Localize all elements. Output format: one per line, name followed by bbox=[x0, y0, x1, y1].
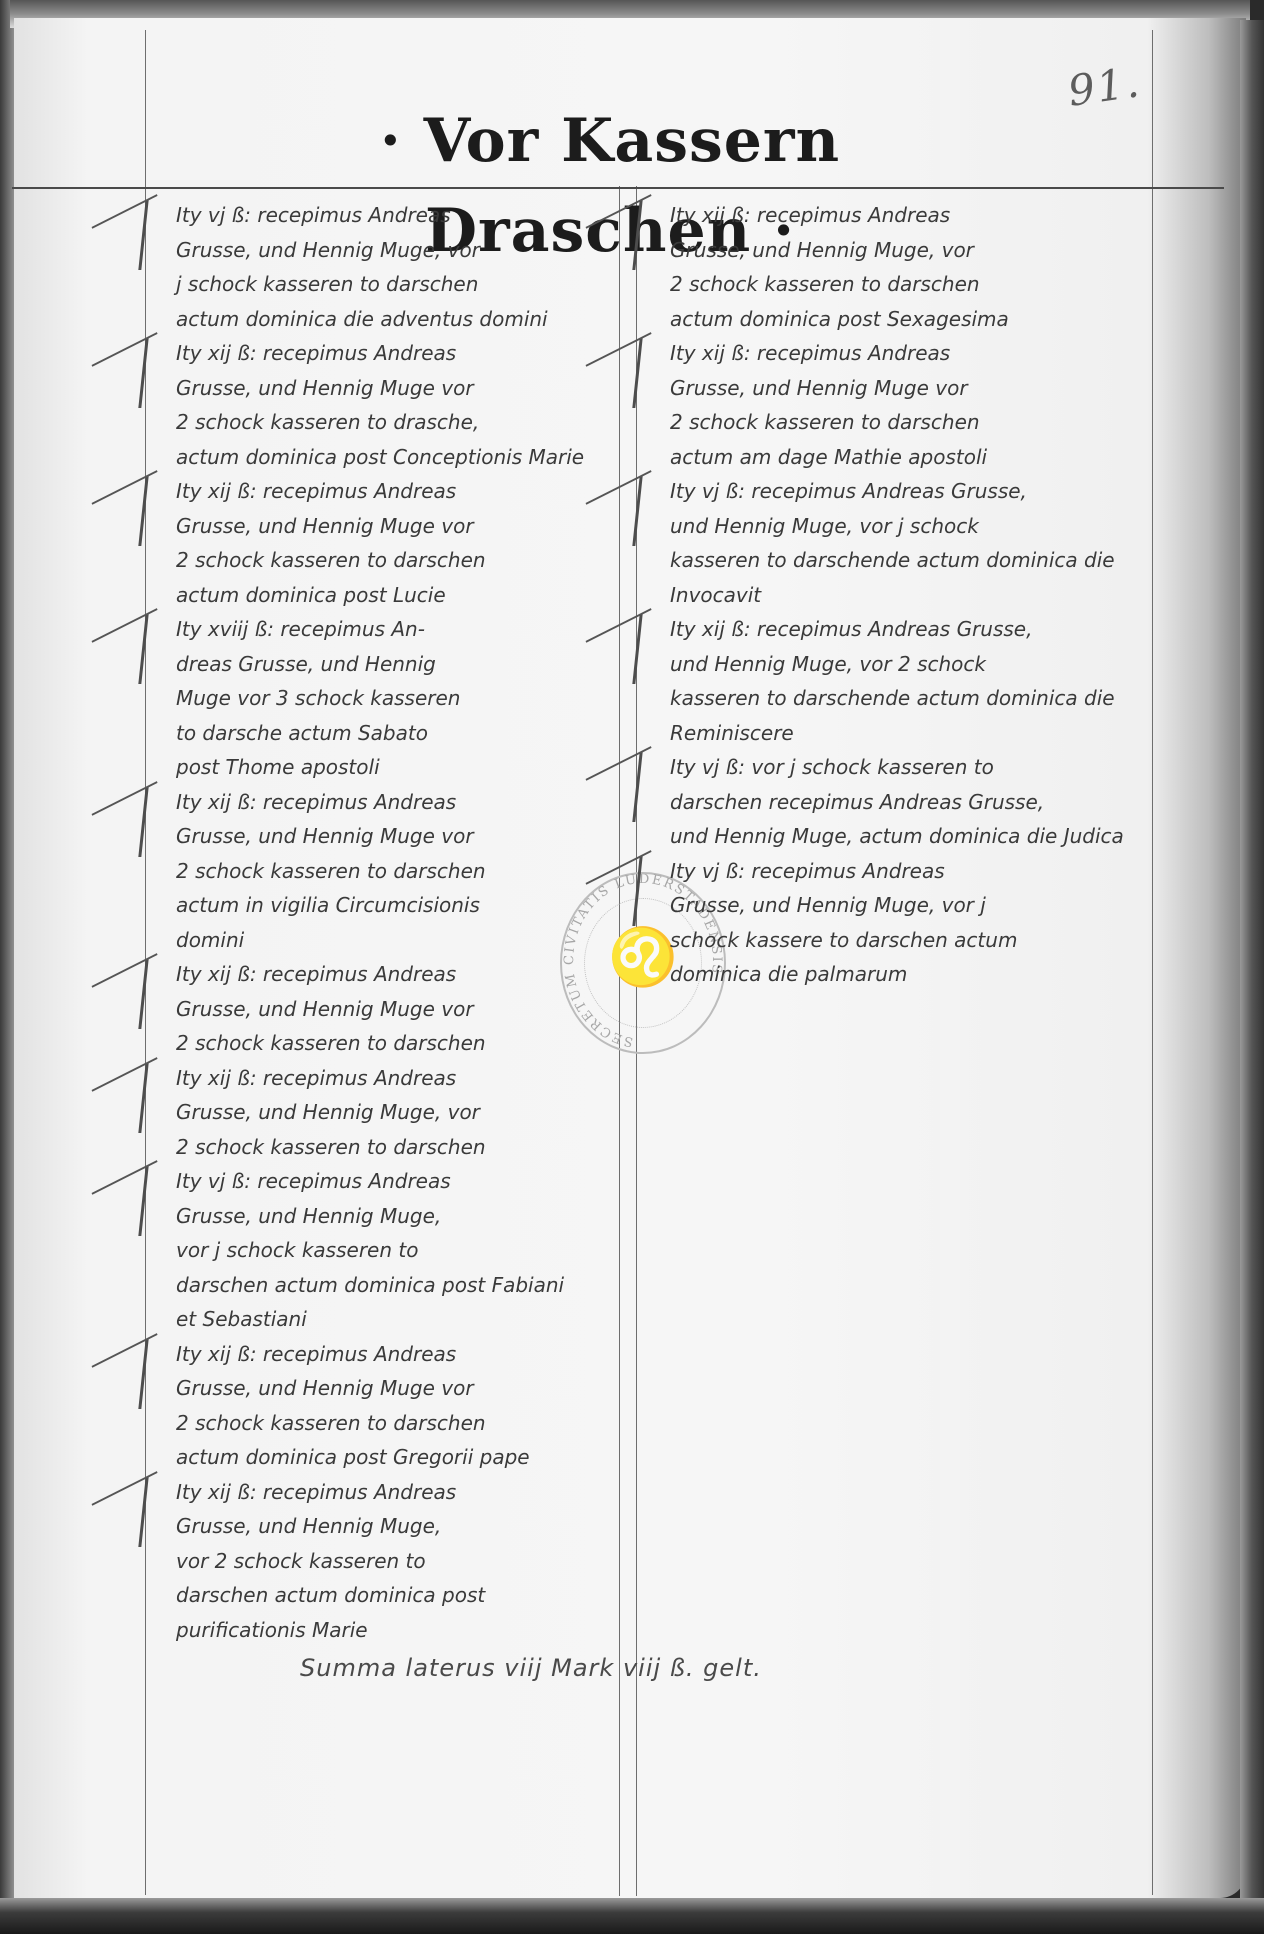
entry-line: Grusse, und Hennig Muge vor bbox=[176, 992, 612, 1027]
page-right-edge bbox=[1240, 20, 1264, 1910]
ledger-entry: Ity vj ß: vor j schock kasseren todarsch… bbox=[636, 750, 1151, 854]
entry-line: Ity xij ß: recepimus Andreas bbox=[176, 785, 612, 820]
entry-line: actum dominica post Lucie bbox=[176, 578, 612, 613]
entry-line: purificationis Marie bbox=[176, 1613, 612, 1648]
entry-line: Ity xij ß: recepimus Andreas bbox=[176, 1061, 612, 1096]
left-column-entries: Ity vj ß: recepimus AndreasGrusse, und H… bbox=[142, 198, 612, 1647]
page-total-summa: Summa laterus viij Mark viij ß. gelt. bbox=[300, 1654, 762, 1682]
entry-line: Reminiscere bbox=[670, 716, 1151, 751]
entry-line: Grusse, und Hennig Muge vor bbox=[176, 819, 612, 854]
ledger-entry: Ity xij ß: recepimus Andreas Grusse,und … bbox=[636, 612, 1151, 750]
entry-line: actum dominica post Conceptionis Marie bbox=[176, 440, 612, 475]
entry-line: Ity xij ß: recepimus Andreas bbox=[176, 336, 612, 371]
entry-bracket-mark-icon bbox=[632, 856, 666, 926]
entry-line: actum dominica die adventus domini bbox=[176, 302, 612, 337]
entry-line: schock kassere to darschen actum bbox=[670, 923, 1151, 958]
ledger-entry: Ity xij ß: recepimus AndreasGrusse, und … bbox=[142, 1061, 612, 1165]
entry-bracket-mark-icon bbox=[138, 1166, 172, 1236]
entry-line: Grusse, und Hennig Muge, vor bbox=[670, 233, 1151, 268]
entry-line: actum dominica post Gregorii pape bbox=[176, 1440, 612, 1475]
entry-line: 2 schock kasseren to darschen bbox=[670, 405, 1151, 440]
entry-line: Ity xij ß: recepimus Andreas bbox=[670, 336, 1151, 371]
ledger-entry: Ity xij ß: recepimus AndreasGrusse, und … bbox=[636, 198, 1151, 336]
ledger-entry: Ity xij ß: recepimus AndreasGrusse, und … bbox=[636, 336, 1151, 474]
entry-line: Ity vj ß: recepimus Andreas bbox=[176, 198, 612, 233]
entry-bracket-mark-icon bbox=[632, 476, 666, 546]
entry-line: actum dominica post Sexagesima bbox=[670, 302, 1151, 337]
entry-line: Ity vj ß: recepimus Andreas bbox=[176, 1164, 612, 1199]
entry-line: Ity xij ß: recepimus Andreas bbox=[176, 957, 612, 992]
entry-line: dreas Grusse, und Hennig bbox=[176, 647, 612, 682]
entry-line: kasseren to darschende actum dominica di… bbox=[670, 543, 1151, 578]
entry-bracket-mark-icon bbox=[632, 338, 666, 408]
ledger-entry: Ity xij ß: recepimus AndreasGrusse, und … bbox=[142, 1337, 612, 1475]
entry-bracket-mark-icon bbox=[138, 959, 172, 1029]
entry-line: vor j schock kasseren to bbox=[176, 1233, 612, 1268]
ledger-entry: Ity vj ß: recepimus AndreasGrusse, und H… bbox=[636, 854, 1151, 992]
entry-line: Grusse, und Hennig Muge, bbox=[176, 1199, 612, 1234]
entry-line: et Sebastiani bbox=[176, 1302, 612, 1337]
entry-line: Grusse, und Hennig Muge vor bbox=[176, 509, 612, 544]
right-margin-rule bbox=[1152, 30, 1153, 1895]
entry-line: Ity xij ß: recepimus Andreas Grusse, bbox=[670, 612, 1151, 647]
entry-bracket-mark-icon bbox=[138, 200, 172, 270]
entry-bracket-mark-icon bbox=[632, 752, 666, 822]
entry-line: vor 2 schock kasseren to bbox=[176, 1544, 612, 1579]
entry-line: und Hennig Muge, vor 2 schock bbox=[670, 647, 1151, 682]
entry-line: Ity vj ß: recepimus Andreas Grusse, bbox=[670, 474, 1151, 509]
entry-bracket-mark-icon bbox=[632, 200, 666, 270]
entry-line: Ity xij ß: recepimus Andreas bbox=[670, 198, 1151, 233]
entry-line: dominica die palmarum bbox=[670, 957, 1151, 992]
page-bottom-edge bbox=[0, 1898, 1264, 1934]
right-column-entries: Ity xij ß: recepimus AndreasGrusse, und … bbox=[636, 198, 1151, 992]
entry-line: actum in vigilia Circumcisionis bbox=[176, 888, 612, 923]
entry-line: 2 schock kasseren to darschen bbox=[176, 1406, 612, 1441]
ledger-entry: Ity vj ß: recepimus Andreas Grusse,und H… bbox=[636, 474, 1151, 612]
entry-bracket-mark-icon bbox=[138, 787, 172, 857]
entry-line: Ity xviij ß: recepimus An- bbox=[176, 612, 612, 647]
entry-bracket-mark-icon bbox=[138, 1477, 172, 1547]
entry-line: Grusse, und Hennig Muge, vor bbox=[176, 233, 612, 268]
entry-bracket-mark-icon bbox=[632, 614, 666, 684]
entry-line: 2 schock kasseren to darschen bbox=[176, 1130, 612, 1165]
entry-bracket-mark-icon bbox=[138, 476, 172, 546]
entry-line: Ity xij ß: recepimus Andreas bbox=[176, 1475, 612, 1510]
entry-bracket-mark-icon bbox=[138, 338, 172, 408]
entry-line: und Hennig Muge, vor j schock bbox=[670, 509, 1151, 544]
entry-line: darschen actum dominica post Fabiani bbox=[176, 1268, 612, 1303]
entry-line: Muge vor 3 schock kasseren bbox=[176, 681, 612, 716]
entry-line: Invocavit bbox=[670, 578, 1151, 613]
entry-line: Ity xij ß: recepimus Andreas bbox=[176, 1337, 612, 1372]
entry-line: und Hennig Muge, actum dominica die Judi… bbox=[670, 819, 1151, 854]
entry-line: actum am dage Mathie apostoli bbox=[670, 440, 1151, 475]
entry-line: kasseren to darschende actum dominica di… bbox=[670, 681, 1151, 716]
entry-line: 2 schock kasseren to darschen bbox=[176, 854, 612, 889]
entry-line: Ity xij ß: recepimus Andreas bbox=[176, 474, 612, 509]
entry-line: Ity vj ß: vor j schock kasseren to bbox=[670, 750, 1151, 785]
entry-line: Ity vj ß: recepimus Andreas bbox=[670, 854, 1151, 889]
entry-line: 2 schock kasseren to darschen bbox=[670, 267, 1151, 302]
entry-line: j schock kasseren to darschen bbox=[176, 267, 612, 302]
entry-line: to darsche actum Sabato bbox=[176, 716, 612, 751]
entry-line: Grusse, und Hennig Muge vor bbox=[176, 371, 612, 406]
entry-line: 2 schock kasseren to drasche, bbox=[176, 405, 612, 440]
entry-line: post Thome apostoli bbox=[176, 750, 612, 785]
ledger-entry: Ity vj ß: recepimus AndreasGrusse, und H… bbox=[142, 198, 612, 336]
entry-line: darschen actum dominica post bbox=[176, 1578, 612, 1613]
entry-bracket-mark-icon bbox=[138, 1063, 172, 1133]
ledger-entry: Ity xij ß: recepimus AndreasGrusse, und … bbox=[142, 957, 612, 1061]
entry-bracket-mark-icon bbox=[138, 1339, 172, 1409]
ledger-entry: Ity xij ß: recepimus AndreasGrusse, und … bbox=[142, 474, 612, 612]
ledger-entry: Ity vj ß: recepimus AndreasGrusse, und H… bbox=[142, 1164, 612, 1337]
entry-line: 2 schock kasseren to darschen bbox=[176, 1026, 612, 1061]
ledger-entry: Ity xviij ß: recepimus An-dreas Grusse, … bbox=[142, 612, 612, 785]
entry-line: Grusse, und Hennig Muge, bbox=[176, 1509, 612, 1544]
entry-line: Grusse, und Hennig Muge vor bbox=[176, 1371, 612, 1406]
ledger-entry: Ity xij ß: recepimus AndreasGrusse, und … bbox=[142, 1475, 612, 1648]
page-heading: · Vor Kassern Draschen · bbox=[240, 96, 980, 186]
entry-bracket-mark-icon bbox=[138, 614, 172, 684]
entry-line: Grusse, und Hennig Muge vor bbox=[670, 371, 1151, 406]
entry-line: domini bbox=[176, 923, 612, 958]
entry-line: darschen recepimus Andreas Grusse, bbox=[670, 785, 1151, 820]
folio-number: 91. bbox=[1065, 57, 1144, 116]
ledger-entry: Ity xij ß: recepimus AndreasGrusse, und … bbox=[142, 785, 612, 958]
entry-line: Grusse, und Hennig Muge, vor bbox=[176, 1095, 612, 1130]
ledger-entry: Ity xij ß: recepimus AndreasGrusse, und … bbox=[142, 336, 612, 474]
entry-line: Grusse, und Hennig Muge, vor j bbox=[670, 888, 1151, 923]
entry-line: 2 schock kasseren to darschen bbox=[176, 543, 612, 578]
